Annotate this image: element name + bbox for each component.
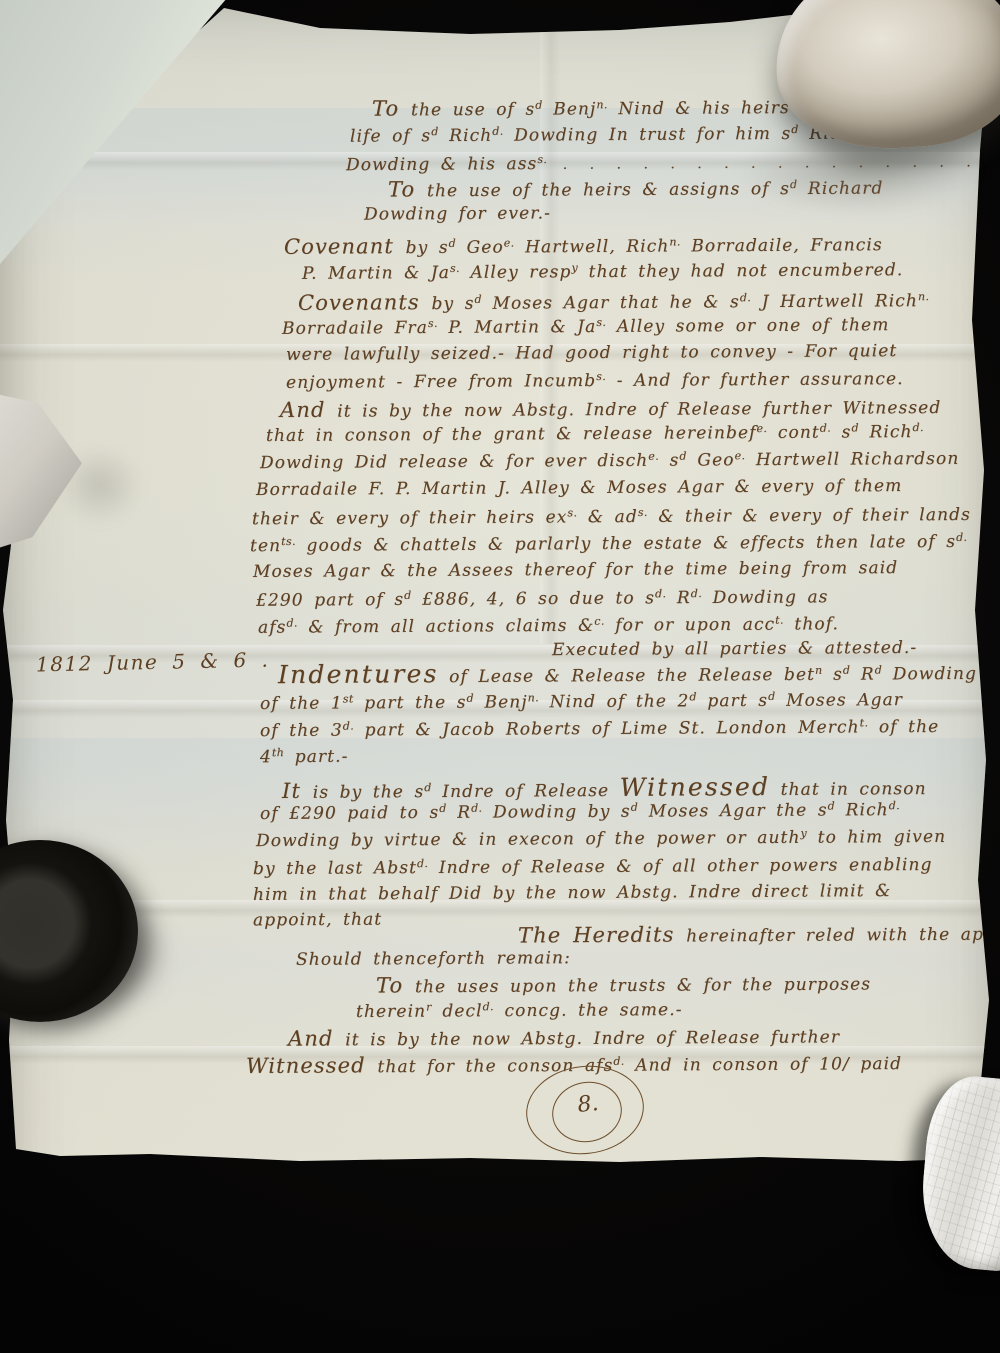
photo-background: To the use of sd Benjn. Nind & his heirs… (0, 0, 1000, 1353)
